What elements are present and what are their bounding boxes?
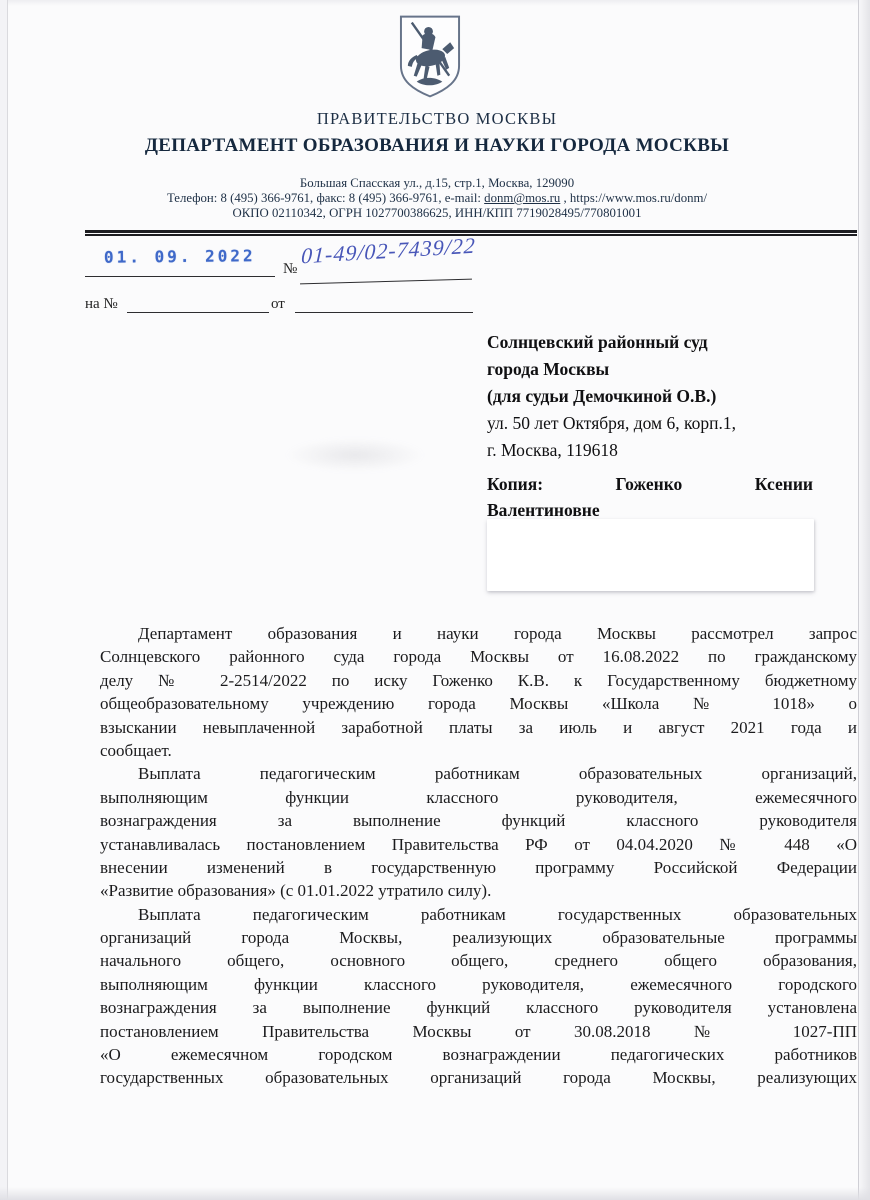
- body-line: государственных образовательных организа…: [100, 1066, 857, 1089]
- body-line: вознаграждения за выполнение функций кла…: [100, 809, 857, 832]
- body-line: сообщает.: [100, 739, 857, 762]
- recipient-block: Солнцевский районный суд города Москвы (…: [487, 329, 819, 464]
- contacts-text: Телефон: 8 (495) 366-9761, факс: 8 (495)…: [167, 191, 484, 205]
- body-line: выполняющим функции классного руководите…: [100, 786, 857, 809]
- letterhead-address: Большая Спасская ул., д.15, стр.1, Москв…: [85, 176, 789, 191]
- incoming-number-label: на №: [85, 296, 118, 313]
- scan-edge-bottom: [0, 1187, 870, 1200]
- body-line: постановлением Правительства Москвы от 3…: [100, 1020, 857, 1043]
- body-line: начального общего, основного общего, сре…: [100, 949, 857, 972]
- number-sign-label: №: [283, 261, 297, 278]
- recipient-line: ул. 50 лет Октября, дом 6, корп.1,: [487, 410, 819, 437]
- scan-edge-left: [0, 0, 8, 1200]
- body-line: вознаграждения за выполнение функций кла…: [100, 996, 857, 1019]
- body-line: выполняющим функции классного руководите…: [100, 973, 857, 996]
- body-line: Департамент образования и науки города М…: [100, 622, 857, 645]
- scan-smudge: [285, 438, 425, 472]
- recipient-line: (для судьи Демочкиной О.В.): [487, 383, 819, 410]
- moscow-coat-of-arms-icon: [398, 12, 462, 100]
- copy-to-line: Копия: Гоженко Ксении: [487, 471, 813, 497]
- scan-edge-top: [0, 0, 870, 6]
- department-title: ДЕПАРТАМЕНТ ОБРАЗОВАНИЯ И НАУКИ ГОРОДА М…: [85, 135, 789, 157]
- body-line: организаций города Москвы, реализующих о…: [100, 926, 857, 949]
- email-link: donm@mos.ru: [484, 191, 560, 205]
- body-line: делу № 2-2514/2022 по иску Гоженко К.В. …: [100, 669, 857, 692]
- body-line: «О ежемесячном городском вознаграждении …: [100, 1043, 857, 1066]
- date-underline: [85, 276, 275, 277]
- body-line: внесении изменений в государственную про…: [100, 856, 857, 879]
- body-line: общеобразовательному учреждению города М…: [100, 692, 857, 715]
- body-line: Выплата педагогическим работникам образо…: [100, 762, 857, 785]
- incoming-number-underline: [127, 312, 269, 313]
- copy-to-block: Копия: Гоженко Ксении Валентиновне: [487, 471, 813, 523]
- body-line: «Развитие образования» (с 01.01.2022 утр…: [100, 879, 857, 902]
- body-line: Солнцевского районного суда города Москв…: [100, 645, 857, 668]
- recipient-line: г. Москва, 119618: [487, 437, 819, 464]
- letterhead-contacts: Телефон: 8 (495) 366-9761, факс: 8 (495)…: [85, 191, 789, 206]
- letterhead-codes: ОКПО 02110342, ОГРН 1027700386625, ИНН/К…: [85, 206, 789, 221]
- from-date-underline: [295, 312, 473, 313]
- government-title: ПРАВИТЕЛЬСТВО МОСКВЫ: [85, 109, 789, 129]
- recipient-line: города Москвы: [487, 356, 819, 383]
- redacted-address-box: [487, 519, 814, 591]
- body-line: Выплата педагогическим работникам госуда…: [100, 903, 857, 926]
- handwritten-outgoing-number: 01-49/02-7439/22: [301, 233, 477, 270]
- scan-edge-right: [858, 0, 870, 1200]
- scanned-letter-page: ПРАВИТЕЛЬСТВО МОСКВЫ ДЕПАРТАМЕНТ ОБРАЗОВ…: [0, 0, 870, 1200]
- recipient-line: Солнцевский районный суд: [487, 329, 819, 356]
- body-line: устанавливалась постановлением Правитель…: [100, 833, 857, 856]
- body-line: взыскании невыплаченной заработной платы…: [100, 716, 857, 739]
- date-stamp: 01. 09. 2022: [104, 246, 256, 267]
- letter-body: Департамент образования и науки города М…: [100, 622, 857, 1090]
- website-text: , https://www.mos.ru/donm/: [560, 191, 707, 205]
- from-date-label: от: [271, 296, 285, 313]
- number-underline: [300, 279, 472, 285]
